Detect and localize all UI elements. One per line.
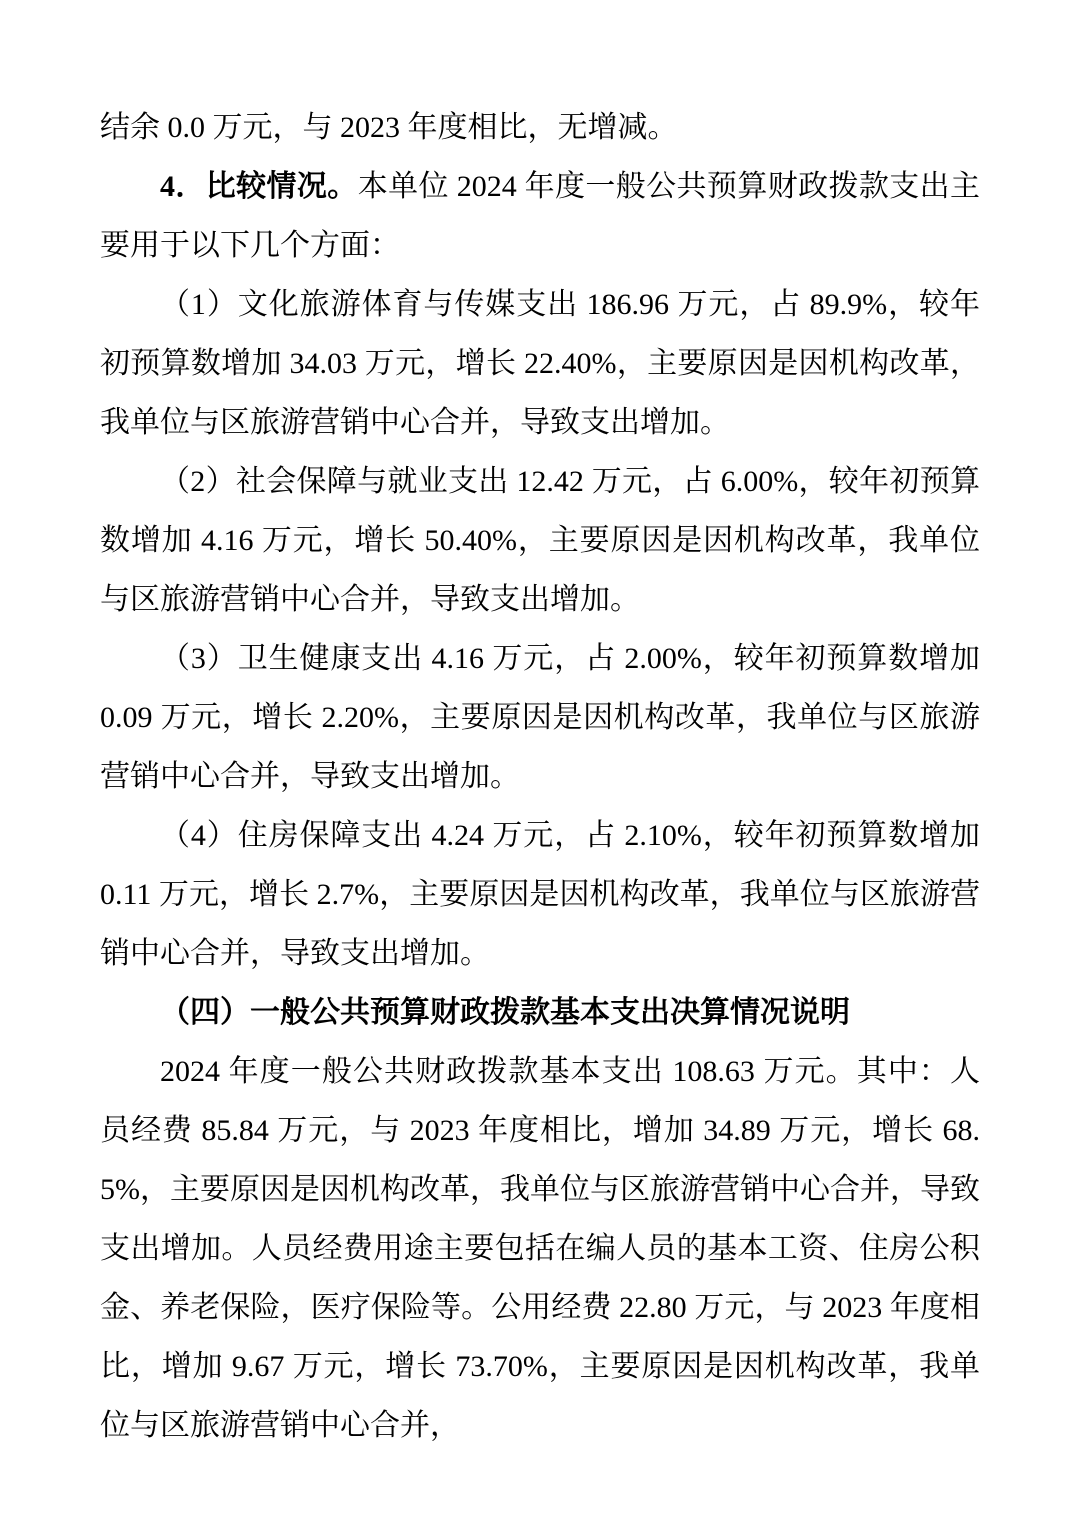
heading-section-4-basic-expenditure: （四）一般公共预算财政拨款基本支出决算情况说明 (100, 983, 980, 1042)
paragraph-text: 结余 0.0 万元，与 2023 年度相比，无增减。 (100, 111, 678, 144)
paragraph-item-4-housing-security: （4）住房保障支出 4.24 万元，占 2.10%，较年初预算数增加 0.11 … (100, 806, 980, 983)
section-heading-text: （四）一般公共预算财政拨款基本支出决算情况说明 (160, 996, 850, 1029)
paragraph-closing-balance: 结余 0.0 万元，与 2023 年度相比，无增减。 (100, 98, 980, 157)
paragraph-item-2-social-security-employment: （2）社会保障与就业支出 12.42 万元，占 6.00%，较年初预算数增加 4… (100, 452, 980, 629)
document-page: 结余 0.0 万元，与 2023 年度相比，无增减。 4．比较情况。本单位 20… (0, 0, 1074, 1520)
paragraph-text: （2）社会保障与就业支出 12.42 万元，占 6.00%，较年初预算数增加 4… (100, 465, 980, 616)
paragraph-item-1-culture-tourism-media: （1）文化旅游体育与传媒支出 186.96 万元，占 89.9%，较年初预算数增… (100, 275, 980, 452)
paragraph-text: （4）住房保障支出 4.24 万元，占 2.10%，较年初预算数增加 0.11 … (100, 819, 980, 970)
paragraph-comparison-intro: 4．比较情况。本单位 2024 年度一般公共预算财政拨款支出主要用于以下几个方面… (100, 157, 980, 275)
paragraph-basic-expenditure-detail: 2024 年度一般公共财政拨款基本支出 108.63 万元。其中：人员经费 85… (100, 1042, 980, 1455)
paragraph-text: 2024 年度一般公共财政拨款基本支出 108.63 万元。其中：人员经费 85… (100, 1055, 980, 1442)
paragraph-text: （1）文化旅游体育与传媒支出 186.96 万元，占 89.9%，较年初预算数增… (100, 288, 980, 439)
paragraph-item-3-health: （3）卫生健康支出 4.16 万元，占 2.00%，较年初预算数增加 0.09 … (100, 629, 980, 806)
paragraph-bold-lead: 4．比较情况。 (160, 170, 358, 203)
paragraph-text: （3）卫生健康支出 4.16 万元，占 2.00%，较年初预算数增加 0.09 … (100, 642, 980, 793)
